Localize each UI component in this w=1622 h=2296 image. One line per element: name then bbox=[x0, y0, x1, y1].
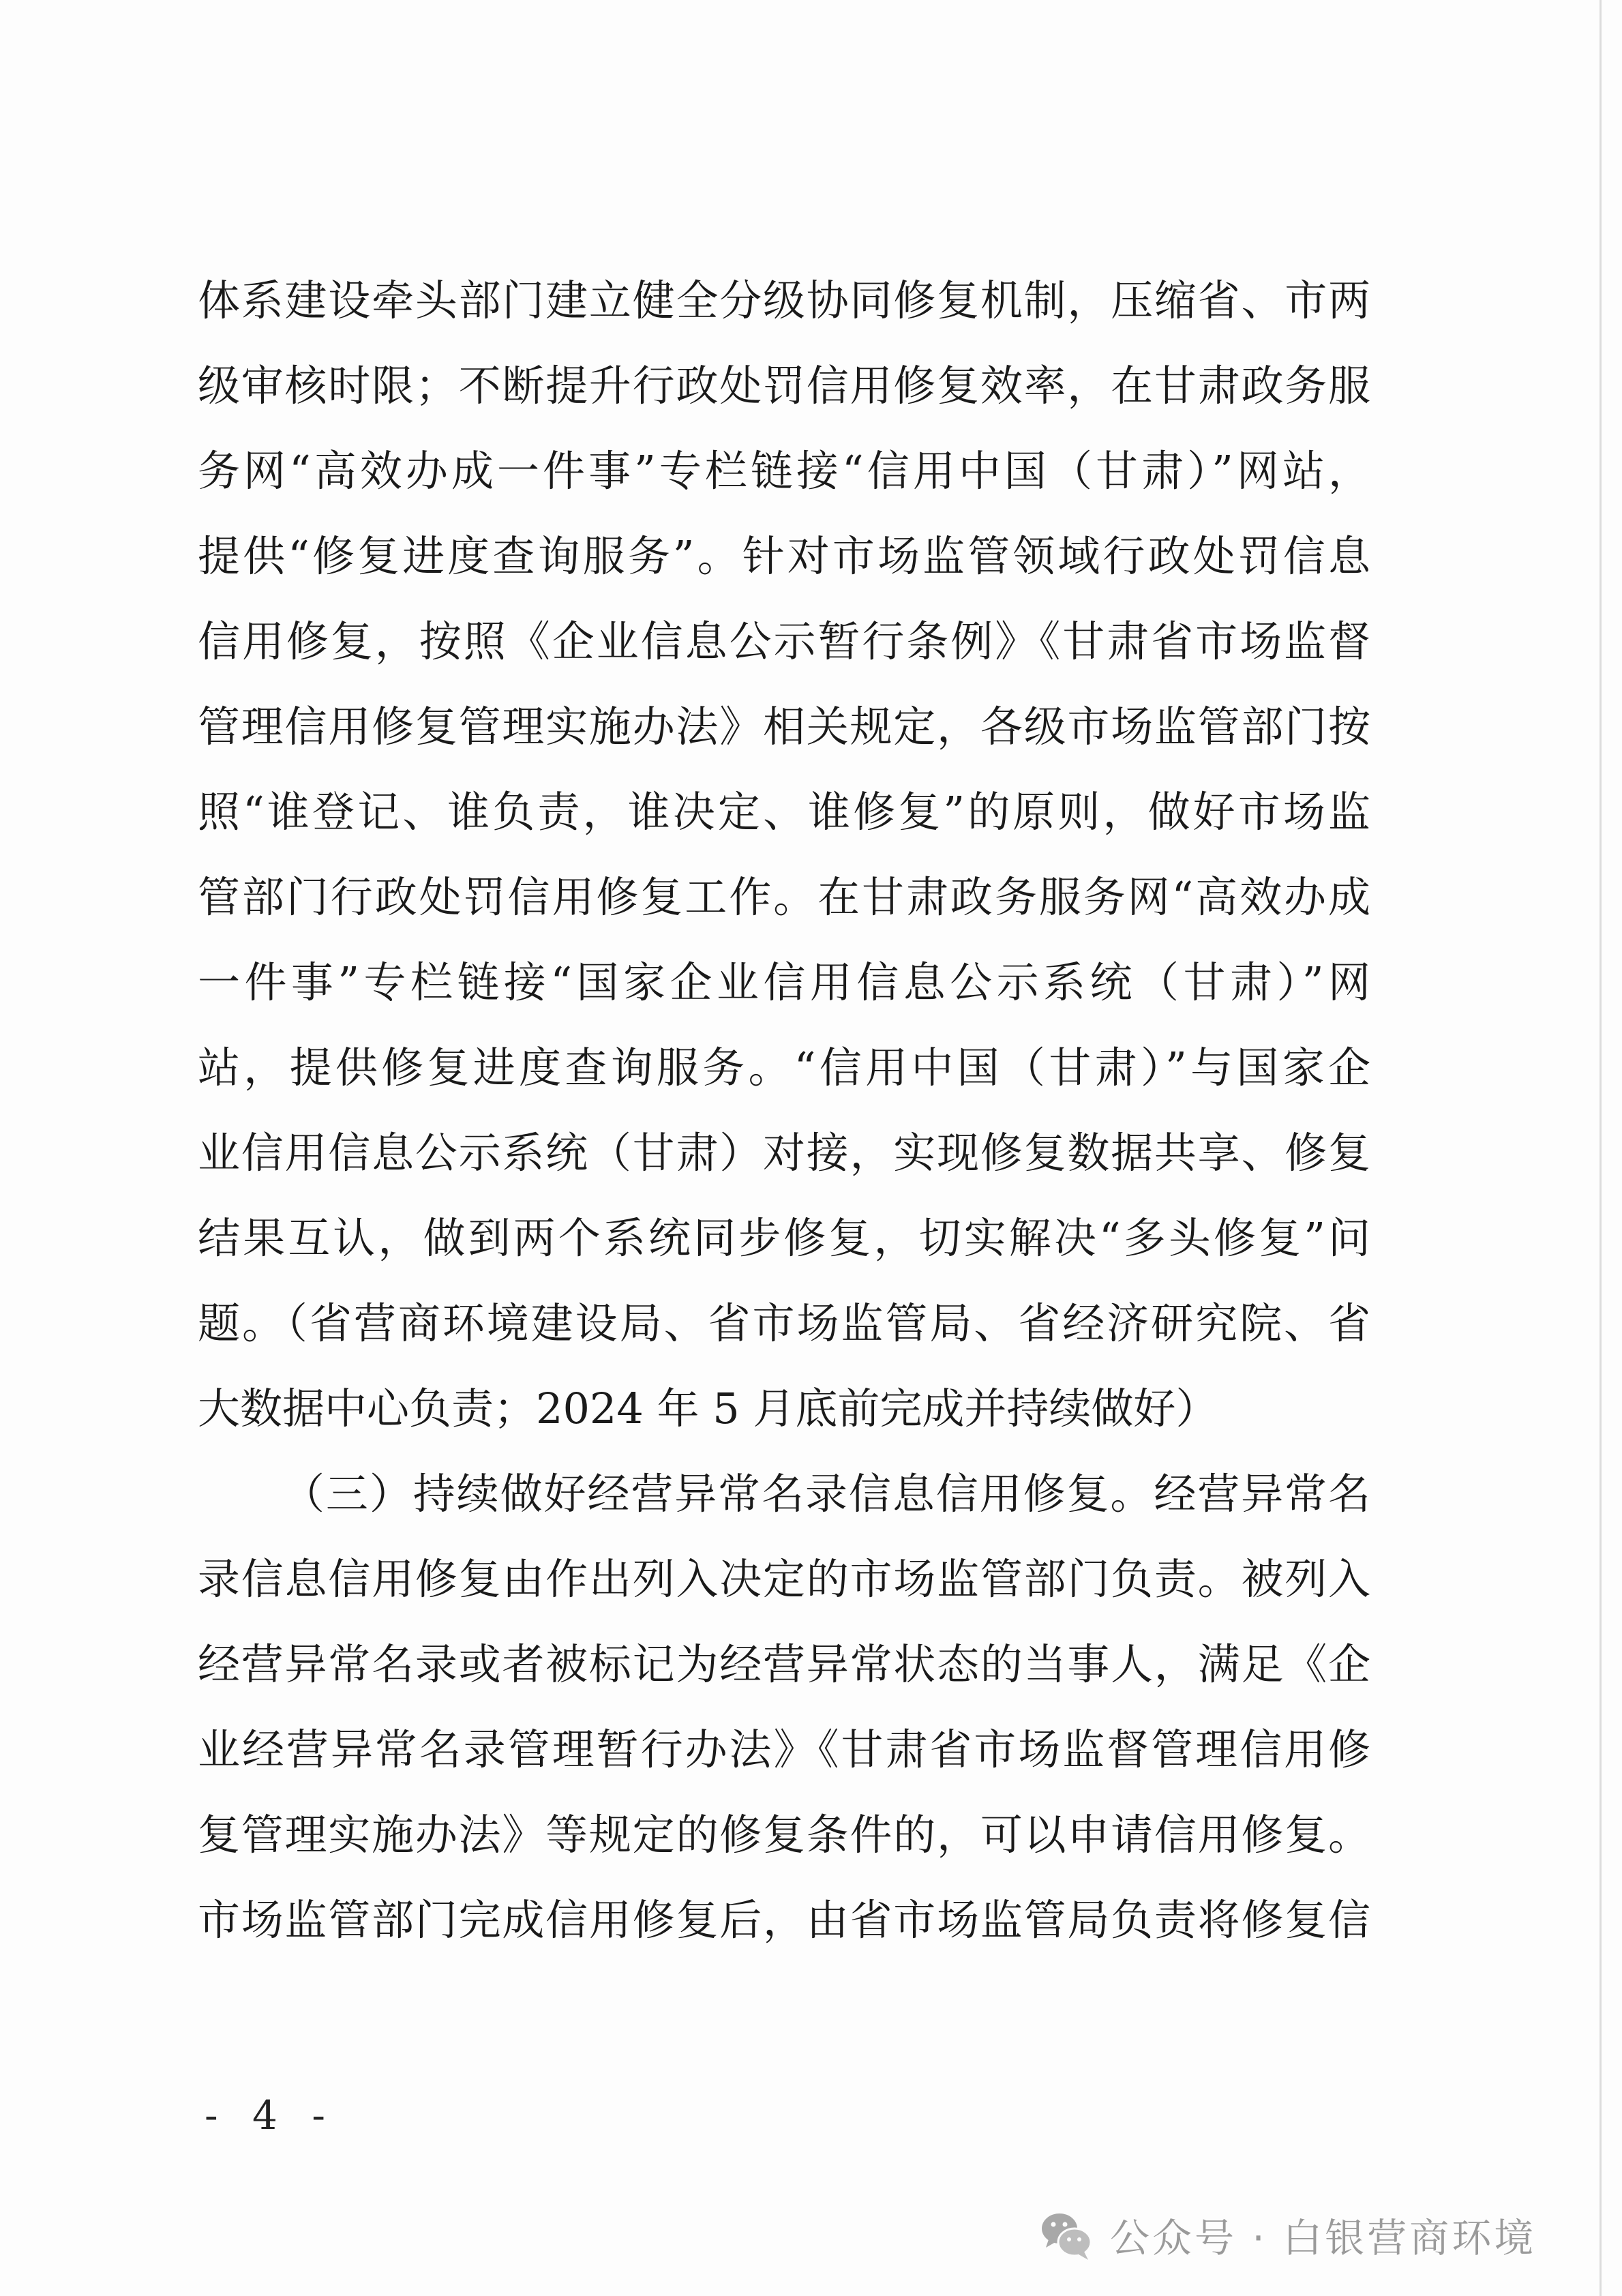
page-edge-line bbox=[1600, 0, 1602, 2296]
text-line: 题。（省营商环境建设局、省市场监管局、省经济研究院、省 bbox=[198, 1281, 1370, 1366]
text-line: 结果互认，做到两个系统同步修复，切实解决“多头修复”问 bbox=[198, 1195, 1370, 1281]
section-heading-line: （三）持续做好经营异常名录信息信用修复。经营异常名 bbox=[198, 1451, 1370, 1536]
document-page: 体系建设牵头部门建立健全分级协同修复机制，压缩省、市两 级审核时限；不断提升行政… bbox=[0, 0, 1622, 2296]
wechat-icon bbox=[1036, 2204, 1098, 2265]
text-line: 业信用信息公示系统（甘肃）对接，实现修复数据共享、修复 bbox=[198, 1110, 1370, 1195]
text-line: 提供“修复进度查询服务”。针对市场监管领域行政处罚信息 bbox=[198, 513, 1370, 599]
watermark-text: 公众号 · 白银营商环境 bbox=[1110, 2206, 1536, 2263]
text-line: 大数据中心负责；2024 年 5 月底前完成并持续做好） bbox=[198, 1366, 1370, 1451]
text-line: 复管理实施办法》等规定的修复条件的，可以申请信用修复。 bbox=[198, 1792, 1370, 1877]
text-line: 管部门行政处罚信用修复工作。在甘肃政务服务网“高效办成 bbox=[198, 854, 1370, 940]
text-line: 录信息信用修复由作出列入决定的市场监管部门负责。被列入 bbox=[198, 1536, 1370, 1622]
page-number: - 4 - bbox=[205, 2092, 336, 2138]
text-line: 务网“高效办成一件事”专栏链接“信用中国（甘肃）”网站， bbox=[198, 428, 1370, 513]
text-line: 级审核时限；不断提升行政处罚信用修复效率，在甘肃政务服 bbox=[198, 343, 1370, 428]
text-line: 业经营异常名录管理暂行办法》《甘肃省市场监督管理信用修 bbox=[198, 1707, 1370, 1792]
text-line: 信用修复，按照《企业信息公示暂行条例》《甘肃省市场监督 bbox=[198, 599, 1370, 684]
text-line: 站，提供修复进度查询服务。“信用中国（甘肃）”与国家企 bbox=[198, 1025, 1370, 1110]
text-line: 体系建设牵头部门建立健全分级协同修复机制，压缩省、市两 bbox=[198, 258, 1370, 343]
document-body: 体系建设牵头部门建立健全分级协同修复机制，压缩省、市两 级审核时限；不断提升行政… bbox=[198, 258, 1370, 1963]
text-line: 经营异常名录或者被标记为经营异常状态的当事人，满足《企 bbox=[198, 1622, 1370, 1707]
text-line: 一件事”专栏链接“国家企业信用信息公示系统（甘肃）”网 bbox=[198, 940, 1370, 1025]
text-line: 照“谁登记、谁负责，谁决定、谁修复”的原则，做好市场监 bbox=[198, 769, 1370, 854]
text-line: 市场监管部门完成信用修复后，由省市场监管局负责将修复信 bbox=[198, 1877, 1370, 1963]
watermark: 公众号 · 白银营商环境 bbox=[1036, 2204, 1536, 2265]
text-line: 管理信用修复管理实施办法》相关规定，各级市场监管部门按 bbox=[198, 684, 1370, 769]
